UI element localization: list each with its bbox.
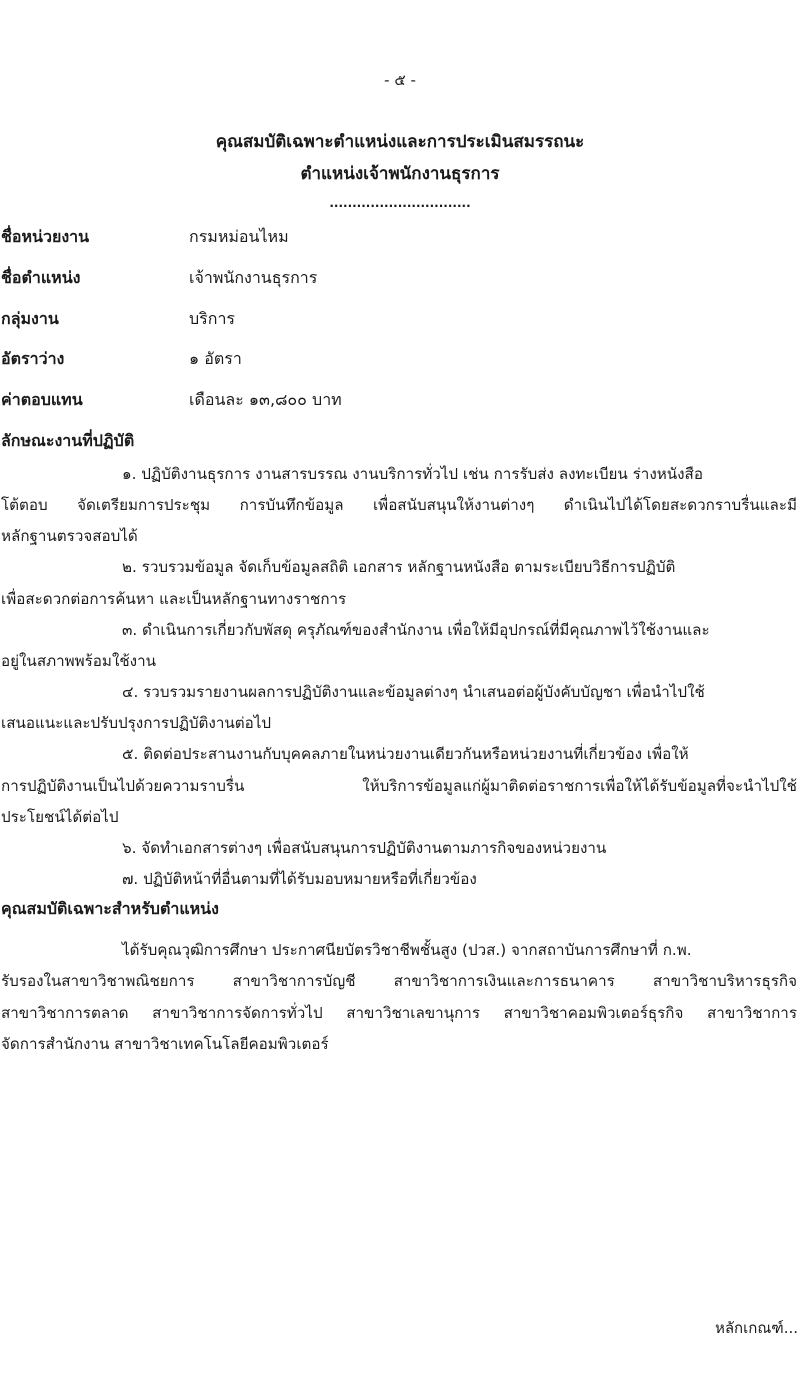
duty-line: ๔. รวบรวมรายงานผลการปฏิบัติงานและข้อมูลต… bbox=[122, 680, 705, 704]
duty-line: ๓. ดำเนินการเกี่ยวกับพัสดุ ครุภัณฑ์ของสำ… bbox=[122, 618, 710, 642]
document-title: คุณสมบัติเฉพาะตำแหน่งและการประเมินสมรรถน… bbox=[0, 128, 800, 155]
duty-line: เพื่อสะดวกต่อการค้นหา และเป็นหลักฐานทางร… bbox=[1, 587, 346, 611]
field-value-position: เจ้าพนักงานธุรการ bbox=[189, 266, 317, 291]
field-label-agency: ชื่อหน่วยงาน bbox=[1, 225, 89, 250]
duty-line: หลักฐานตรวจสอบได้ bbox=[1, 524, 138, 548]
duty-line: โต้ตอบ จัดเตรียมการประชุม การบันทึกข้อมู… bbox=[1, 493, 797, 517]
document-subtitle: ตำแหน่งเจ้าพนักงานธุรการ bbox=[0, 160, 800, 187]
field-label-job-group: กลุ่มงาน bbox=[1, 307, 59, 332]
duty-line: ๗. ปฏิบัติหน้าที่อื่นตามที่ได้รับมอบหมาย… bbox=[122, 867, 477, 891]
qualification-line: ได้รับคุณวุฒิการศึกษา ประกาศนียบัตรวิชาช… bbox=[122, 938, 692, 962]
qualification-line: รับรองในสาขาวิชาพณิชยการ สาขาวิชาการบัญช… bbox=[1, 969, 797, 993]
field-value-job-group: บริการ bbox=[189, 307, 235, 332]
qualification-line: จัดการสำนักงาน สาขาวิชาเทคโนโลยีคอมพิวเต… bbox=[1, 1032, 329, 1056]
duty-line: เสนอแนะและปรับปรุงการปฏิบัติงานต่อไป bbox=[1, 711, 271, 735]
field-value-compensation: เดือนละ ๑๓,๘๐๐ บาท bbox=[189, 388, 342, 413]
duty-line: ๖. จัดทำเอกสารต่างๆ เพื่อสนับสนุนการปฏิบ… bbox=[122, 836, 606, 860]
duty-line: ๒. รวบรวมข้อมูล จัดเก็บข้อมูลสถิติ เอกสา… bbox=[122, 555, 675, 579]
qualifications-heading: คุณสมบัติเฉพาะสำหรับตำแหน่ง bbox=[1, 897, 219, 922]
duty-line: การปฏิบัติงานเป็นไปด้วยความราบรื่น ให้บร… bbox=[1, 774, 797, 798]
qualification-line: สาขาวิชาการตลาด สาขาวิชาการจัดการทั่วไป … bbox=[1, 1001, 797, 1025]
field-label-vacancies: อัตราว่าง bbox=[1, 347, 64, 372]
duties-heading: ลักษณะงานที่ปฏิบัติ bbox=[1, 429, 134, 454]
title-separator: ............................... bbox=[0, 196, 800, 210]
field-value-vacancies: ๑ อัตรา bbox=[189, 347, 242, 372]
page-number: - ๕ - bbox=[0, 68, 800, 92]
field-label-position: ชื่อตำแหน่ง bbox=[1, 266, 80, 291]
duty-line: ๑. ปฏิบัติงานธุรการ งานสารบรรณ งานบริการ… bbox=[122, 462, 703, 486]
field-label-compensation: ค่าตอบแทน bbox=[1, 388, 83, 413]
continuation-footer: หลักเกณฑ์... bbox=[715, 1316, 798, 1340]
field-value-agency: กรมหม่อนไหม bbox=[189, 225, 289, 250]
duty-line: ๕. ติดต่อประสานงานกับบุคคลภายในหน่วยงานเ… bbox=[122, 742, 689, 766]
duty-line: อยู่ในสภาพพร้อมใช้งาน bbox=[1, 649, 156, 673]
duty-line: ประโยชน์ได้ต่อไป bbox=[1, 805, 118, 829]
